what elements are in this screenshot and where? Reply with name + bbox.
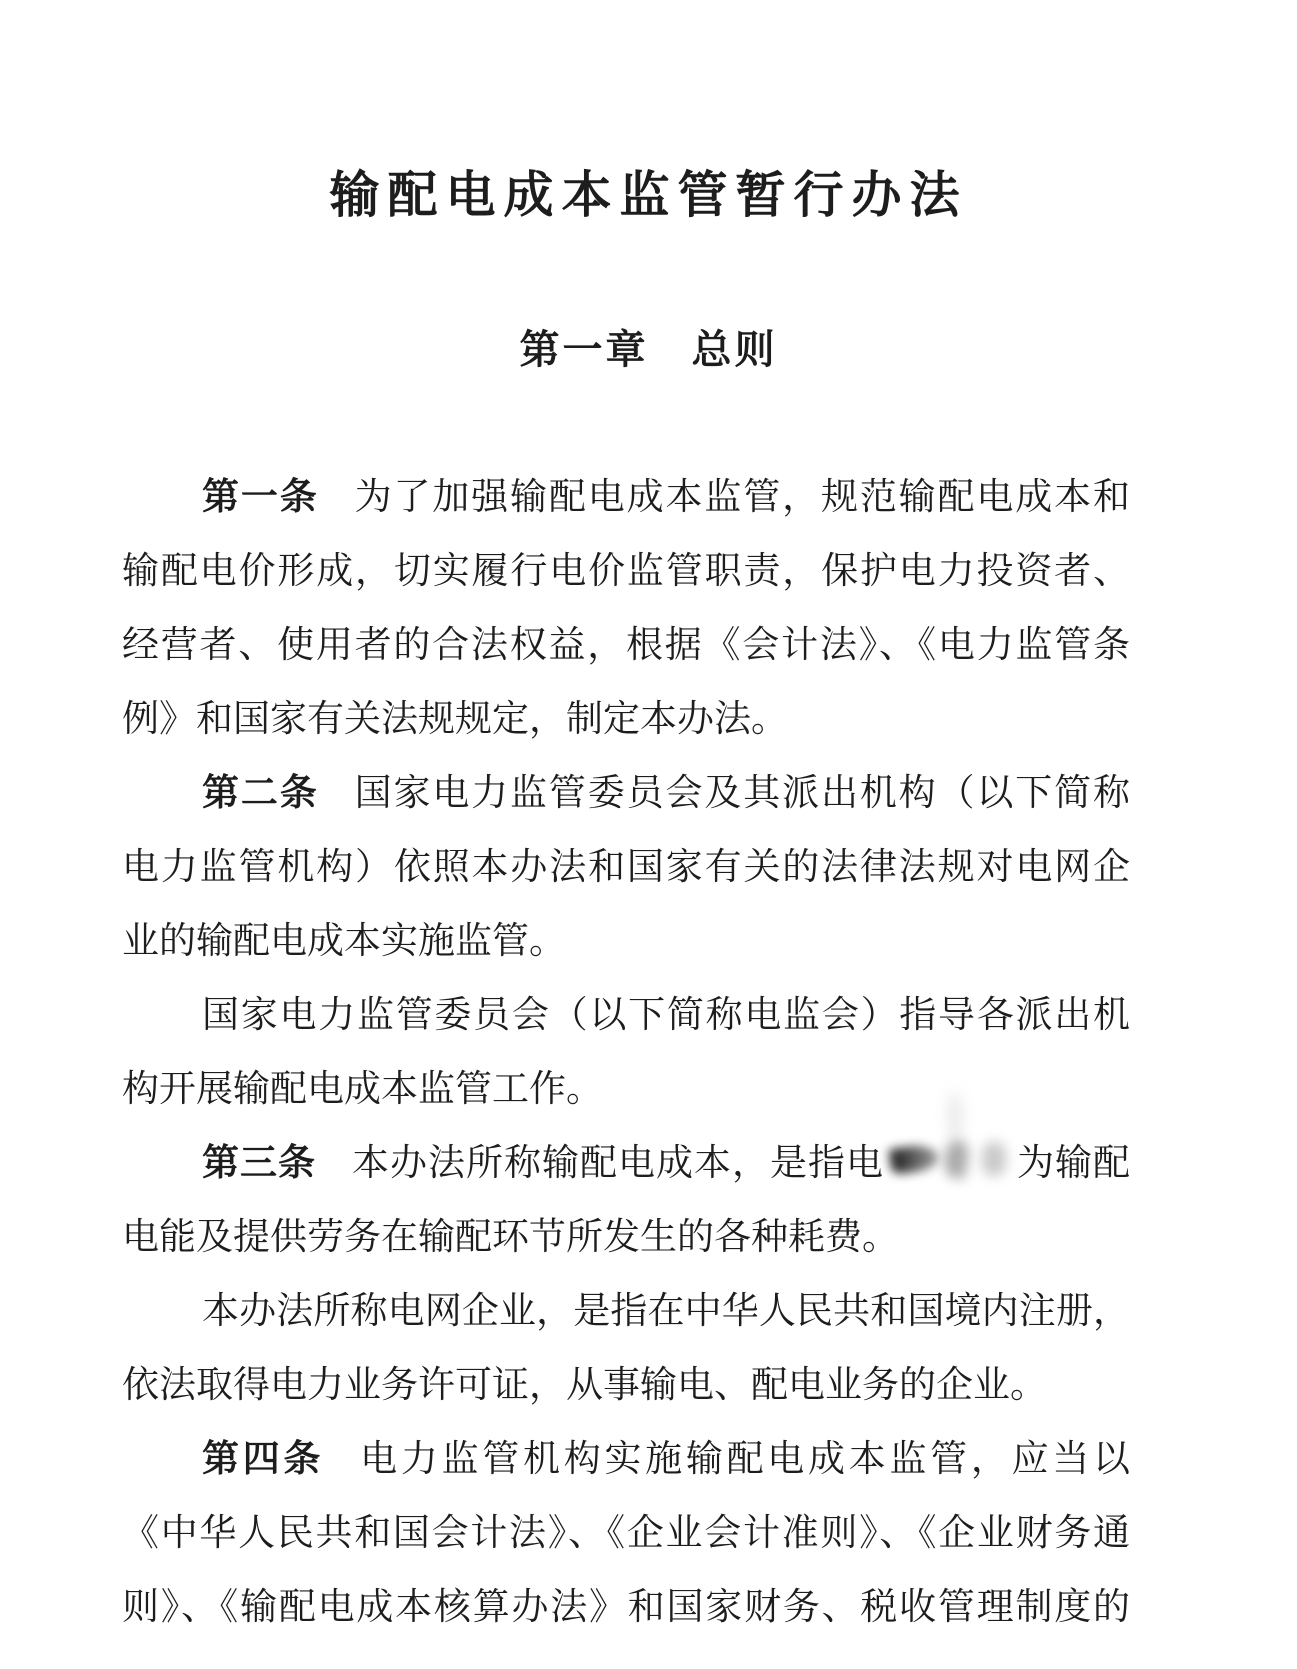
line-text: 例》和国家有关法规规定，制定本办法。 bbox=[122, 699, 788, 740]
text-line: 《中华人民共和国会计法》、《企业会计准则》、《企业财务通 bbox=[122, 1497, 1130, 1571]
line-text: 本办法所称输配电成本，是指电 bbox=[352, 1143, 884, 1184]
line-text: 本办法所称电网企业，是指在中华人民共和国境内注册， bbox=[202, 1291, 1130, 1332]
line-text: 输配电价形成，切实履行电价监管职责，保护电力投资者、 bbox=[122, 551, 1130, 592]
article-number: 第四条 bbox=[202, 1439, 324, 1480]
line-text: 经营者、使用者的合法权益，根据《会计法》、《电力监管条 bbox=[122, 625, 1130, 666]
document-title: 输配电成本监管暂行办法 bbox=[122, 162, 1175, 228]
text-line: 依法取得电力业务许可证，从事输电、配电业务的企业。 bbox=[122, 1349, 1130, 1423]
text-line: 第二条国家电力监管委员会及其派出机构（以下简称 bbox=[122, 757, 1130, 831]
text-line: 输配电价形成，切实履行电价监管职责，保护电力投资者、 bbox=[122, 535, 1130, 609]
line-text: 电力监管机构）依照本办法和国家有关的法律法规对电网企 bbox=[122, 847, 1130, 888]
chapter-heading: 第一章 总则 bbox=[122, 328, 1175, 372]
line-text: 电力监管机构实施输配电成本监管，应当以 bbox=[360, 1439, 1130, 1480]
text-line: 构开展输配电成本监管工作。 bbox=[122, 1053, 1130, 1127]
text-line: 电力监管机构）依照本办法和国家有关的法律法规对电网企 bbox=[122, 831, 1130, 905]
text-line: 例》和国家有关法规规定，制定本办法。 bbox=[122, 683, 1130, 757]
text-line: 国家电力监管委员会（以下简称电监会）指导各派出机 bbox=[122, 979, 1130, 1053]
article-number: 第三条 bbox=[202, 1143, 316, 1184]
line-text: 为了加强输配电成本监管，规范输配电成本和 bbox=[355, 477, 1130, 518]
body-text: 第一条为了加强输配电成本监管，规范输配电成本和输配电价形成，切实履行电价监管职责… bbox=[122, 461, 1130, 1645]
text-line: 第三条本办法所称输配电成本，是指电为输配 bbox=[122, 1127, 1130, 1201]
text-line: 第四条电力监管机构实施输配电成本监管，应当以 bbox=[122, 1423, 1130, 1497]
article-number: 第一条 bbox=[202, 477, 319, 518]
text-line: 第一条为了加强输配电成本监管，规范输配电成本和 bbox=[122, 461, 1130, 535]
line-text-after-blur: 为输配 bbox=[1016, 1143, 1130, 1184]
text-line: 则》、《输配电成本核算办法》和国家财务、税收管理制度的 bbox=[122, 1571, 1130, 1645]
text-line: 经营者、使用者的合法权益，根据《会计法》、《电力监管条 bbox=[122, 609, 1130, 683]
line-text: 业的输配电成本实施监管。 bbox=[122, 921, 566, 962]
line-text: 国家电力监管委员会及其派出机构（以下简称 bbox=[355, 773, 1130, 814]
text-line: 业的输配电成本实施监管。 bbox=[122, 905, 1130, 979]
blurred-text-region bbox=[888, 1138, 1012, 1184]
line-text: 构开展输配电成本监管工作。 bbox=[122, 1069, 603, 1110]
line-text: 国家电力监管委员会（以下简称电监会）指导各派出机 bbox=[202, 995, 1130, 1036]
line-text: 《中华人民共和国会计法》、《企业会计准则》、《企业财务通 bbox=[122, 1513, 1130, 1554]
text-line: 电能及提供劳务在输配环节所发生的各种耗费。 bbox=[122, 1201, 1130, 1275]
article-number: 第二条 bbox=[202, 773, 319, 814]
line-text: 则》、《输配电成本核算办法》和国家财务、税收管理制度的 bbox=[122, 1587, 1130, 1628]
line-text: 依法取得电力业务许可证，从事输电、配电业务的企业。 bbox=[122, 1365, 1047, 1406]
text-line: 本办法所称电网企业，是指在中华人民共和国境内注册， bbox=[122, 1275, 1130, 1349]
line-text: 电能及提供劳务在输配环节所发生的各种耗费。 bbox=[122, 1217, 899, 1258]
document-page: 输配电成本监管暂行办法 第一章 总则 第一条为了加强输配电成本监管，规范输配电成… bbox=[0, 0, 1297, 1669]
